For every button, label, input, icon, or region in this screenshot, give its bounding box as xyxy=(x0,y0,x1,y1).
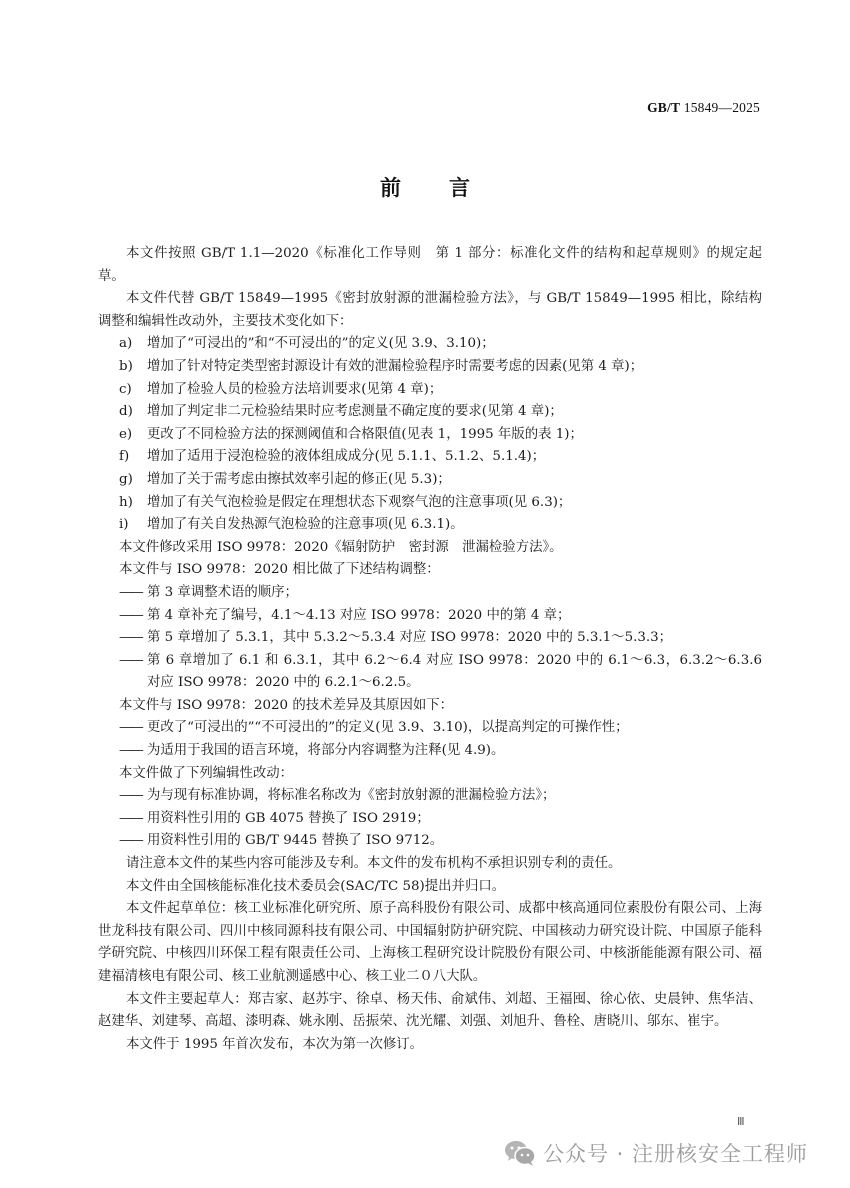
wechat-icon xyxy=(503,1139,537,1167)
paragraph-patent-notice: 请注意本文件的某些内容可能涉及专利。本文件的发布机构不承担识别专利的责任。 xyxy=(98,853,762,876)
list-item: ——第 3 章调整术语的顺序； xyxy=(98,582,762,605)
list-item: f)增加了适用于浸泡检验的液体组成成分(见 5.1.1、5.1.2、5.1.4)… xyxy=(98,446,762,469)
list-item: b)增加了针对特定类型密封源设计有效的泄漏检验程序时需要考虑的因素(见第 4 章… xyxy=(98,356,762,379)
list-item: e)更改了不同检验方法的探测阈值和合格限值(见表 1，1995 年版的表 1)； xyxy=(98,424,762,447)
document-page: GB/T 15849—2025 前言 本文件按照 GB/T 1.1—2020《标… xyxy=(0,0,850,1188)
list-item: h)增加了有关气泡检验是假定在理想状态下观察气泡的注意事项(见 6.3)； xyxy=(98,492,762,515)
paragraph-editorial-intro: 本文件做了下列编辑性改动： xyxy=(98,763,762,786)
list-item: g)增加了关于需考虑由擦拭效率引起的修正(见 5.3)； xyxy=(98,469,762,492)
list-item: ——更改了“可浸出的”“不可浸出的”的定义(见 3.9、3.10)，以提高判定的… xyxy=(98,717,762,740)
paragraph-structure-intro: 本文件与 ISO 9978：2020 相比做了下述结构调整： xyxy=(98,559,762,582)
structure-list: ——第 3 章调整术语的顺序； ——第 4 章补充了编号，4.1～4.13 对应… xyxy=(98,582,762,695)
standard-code: GB/T 15849—2025 xyxy=(647,100,760,116)
list-item: ——为与现有标准协调，将标准名称改为《密封放射源的泄漏检验方法》； xyxy=(98,785,762,808)
list-item: ——第 4 章补充了编号，4.1～4.13 对应 ISO 9978：2020 中… xyxy=(98,605,762,628)
paragraph-replaces: 本文件代替 GB/T 15849—1995《密封放射源的泄漏检验方法》，与 GB… xyxy=(98,288,762,333)
paragraph-adoption: 本文件修改采用 ISO 9978：2020《辐射防护 密封源 泄漏检验方法》。 xyxy=(98,537,762,560)
watermark: 公众号 · 注册核安全工程师 xyxy=(503,1138,808,1168)
list-item: ——第 6 章增加了 6.1 和 6.3.1，其中 6.2～6.4 对应 ISO… xyxy=(98,650,762,695)
diff-list: ——更改了“可浸出的”“不可浸出的”的定义(见 3.9、3.10)，以提高判定的… xyxy=(98,717,762,762)
watermark-text: 公众号 · 注册核安全工程师 xyxy=(543,1138,808,1168)
standard-prefix: GB/T xyxy=(647,100,680,115)
page-title: 前言 xyxy=(0,172,850,202)
foreword-body: 本文件按照 GB/T 1.1—2020《标准化工作导则 第 1 部分：标准化文件… xyxy=(98,243,762,1056)
list-item: a)增加了“可浸出的”和“不可浸出的”的定义(见 3.9、3.10)； xyxy=(98,333,762,356)
editorial-list: ——为与现有标准协调，将标准名称改为《密封放射源的泄漏检验方法》； ——用资料性… xyxy=(98,785,762,853)
page-number: Ⅲ xyxy=(737,1115,745,1128)
title-char-1: 前 xyxy=(380,176,401,200)
list-item: ——用资料性引用的 GB/T 9445 替换了 ISO 9712。 xyxy=(98,830,762,853)
list-item: c)增加了检验人员的检验方法培训要求(见第 4 章)； xyxy=(98,379,762,402)
tech-changes-list: a)增加了“可浸出的”和“不可浸出的”的定义(见 3.9、3.10)； b)增加… xyxy=(98,333,762,536)
list-item: ——为适用于我国的语言环境，将部分内容调整为注释(见 4.9)。 xyxy=(98,740,762,763)
list-item: ——第 5 章增加了 5.3.1，其中 5.3.2～5.3.4 对应 ISO 9… xyxy=(98,627,762,650)
paragraph-drafting-rule: 本文件按照 GB/T 1.1—2020《标准化工作导则 第 1 部分：标准化文件… xyxy=(98,243,762,288)
list-item: i)增加了有关自发热源气泡检验的注意事项(见 6.3.1)。 xyxy=(98,514,762,537)
paragraph-diff-intro: 本文件与 ISO 9978：2020 的技术差异及其原因如下： xyxy=(98,695,762,718)
paragraph-history: 本文件于 1995 年首次发布，本次为第一次修订。 xyxy=(98,1034,762,1057)
title-char-2: 言 xyxy=(449,176,470,200)
list-item: ——用资料性引用的 GB 4075 替换了 ISO 2919； xyxy=(98,808,762,831)
standard-number: 15849—2025 xyxy=(684,100,760,115)
list-item: d)增加了判定非二元检验结果时应考虑测量不确定度的要求(见第 4 章)； xyxy=(98,401,762,424)
paragraph-proposer: 本文件由全国核能标准化技术委员会(SAC/TC 58)提出并归口。 xyxy=(98,876,762,899)
paragraph-drafting-units: 本文件起草单位：核工业标准化研究所、原子高科股份有限公司、成都中核高通同位素股份… xyxy=(98,898,762,988)
paragraph-drafters: 本文件主要起草人：郑吉家、赵苏宇、徐卓、杨天伟、俞斌伟、刘超、王福囤、徐心依、史… xyxy=(98,989,762,1034)
